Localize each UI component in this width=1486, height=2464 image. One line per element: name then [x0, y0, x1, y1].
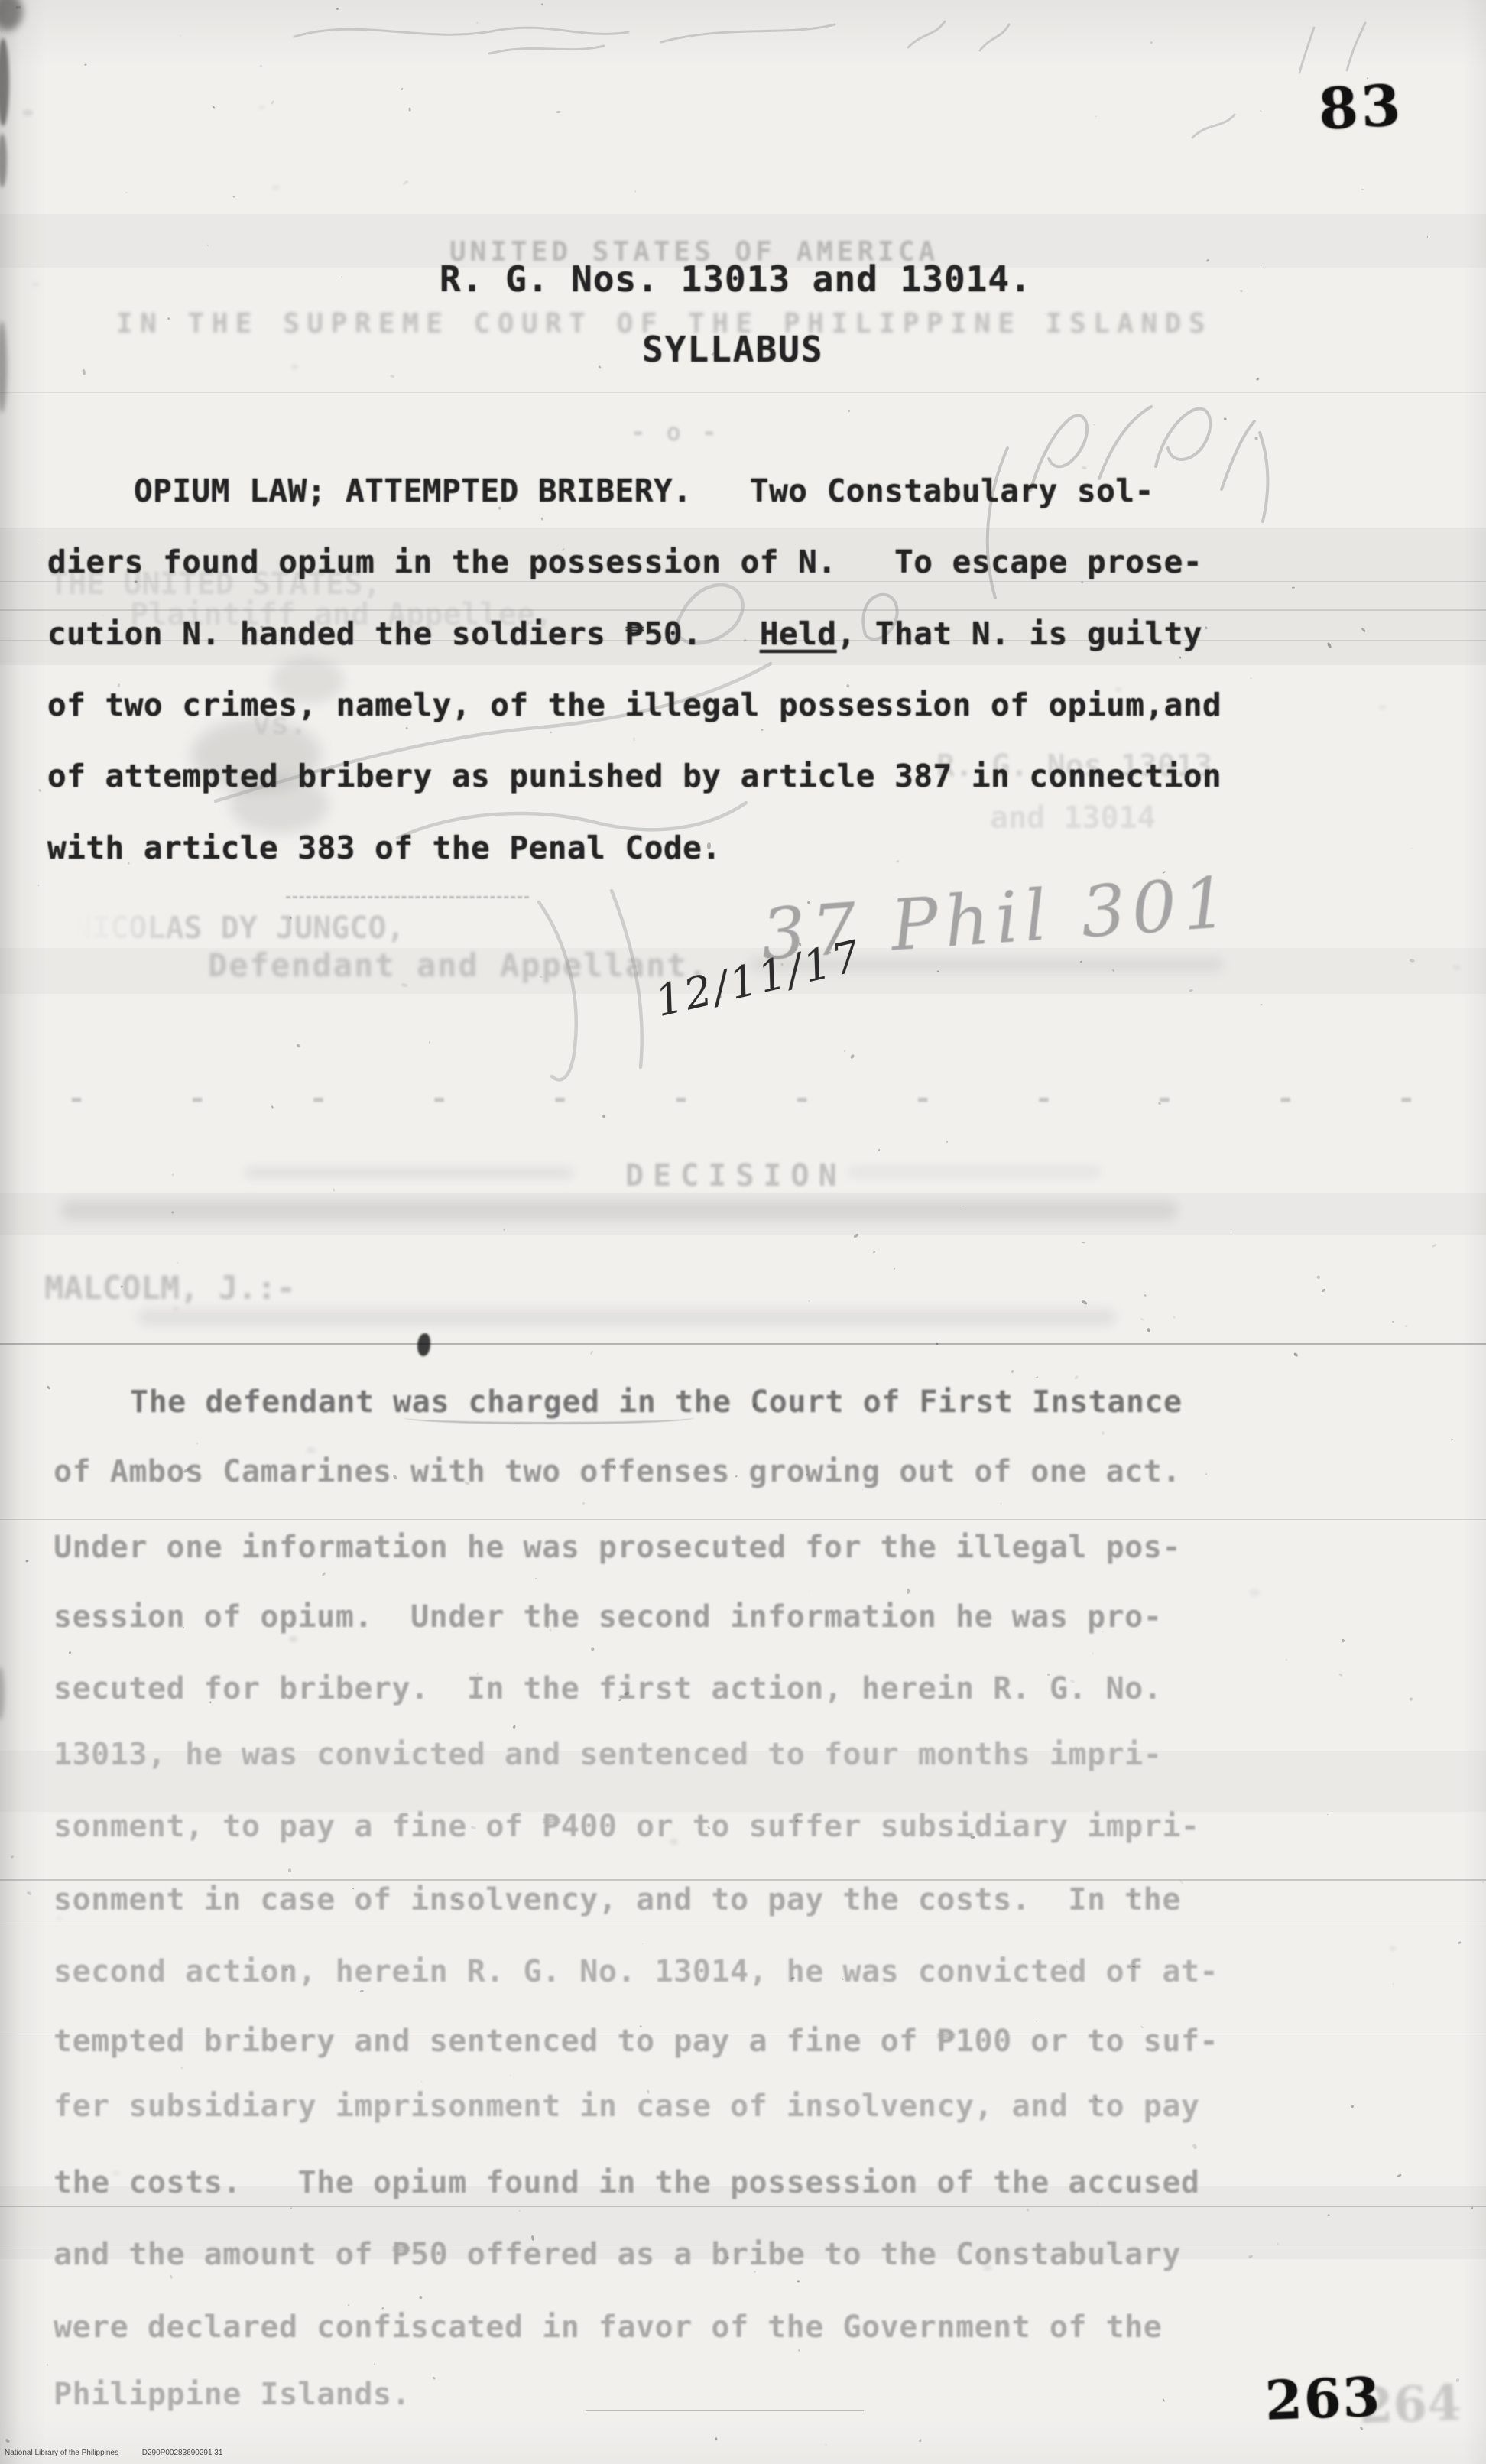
edge-artifact [0, 0, 23, 31]
scanline-artifact [0, 1343, 1486, 1345]
ghost-smudge [245, 1167, 573, 1179]
short-line-artifact [586, 2410, 864, 2411]
edge-artifact [0, 321, 7, 413]
library-footer: National Library of the Philippines D290… [5, 2449, 222, 2457]
held-underlined: Held [760, 615, 837, 652]
syllabus-line: with article 383 of the Penal Code. [47, 831, 721, 865]
body-line: secuted for bribery. In the first action… [54, 1672, 1162, 1706]
ink-blot [417, 1333, 430, 1356]
library-name: National Library of the Philippines [5, 2449, 118, 2457]
body-line: tempted bribery and sentenced to pay a f… [54, 2024, 1218, 2058]
ghost-case-number-2: and 13014 [990, 801, 1156, 835]
ghost-smudge [61, 1200, 1177, 1220]
dashed-separator: - - - - - - - - - - - - [67, 1082, 1416, 1115]
case-number-heading: R. G. Nos. 13013 and 13014. [440, 260, 1032, 299]
scanned-document-page: UNITED STATES OF AMERICA IN THE SUPREME … [0, 0, 1486, 2464]
edge-artifact [0, 1667, 5, 1720]
scanline-artifact [0, 1923, 1486, 1923]
ghost-judge-name: MALCOLM, J.:- [44, 1271, 296, 1306]
syllabus-line: of attempted bribery as punished by arti… [47, 759, 1222, 794]
edge-artifact [0, 38, 9, 126]
ghost-defendant-role: Defendant and Appellant. [208, 948, 709, 983]
syllabus-line-part: , That N. is guilty [837, 615, 1203, 652]
body-line: the costs. The opium found in the posses… [54, 2166, 1200, 2199]
body-line: and the amount of ₱50 offered as a bribe… [54, 2238, 1181, 2271]
scanline-artifact [0, 1879, 1486, 1881]
body-line: The defendant was charged in the Court o… [130, 1385, 1183, 1419]
syllabus-title: SYLLABUS [642, 330, 824, 369]
pencil-date: 12/11/17 [651, 931, 867, 1027]
ghost-dashed-rule [286, 896, 529, 898]
ghost-ornament: - o - [631, 419, 719, 446]
ghost-decision-heading: DECISION [625, 1159, 846, 1193]
scanline-artifact [0, 1519, 1486, 1520]
syllabus-line-part: cution N. handed the soldiers ₱50. [47, 615, 760, 652]
folio-stamp: 83 [1317, 73, 1405, 143]
body-line: 13013, he was convicted and sentenced to… [54, 1738, 1162, 1771]
ghost-smudge [848, 1167, 1101, 1177]
syllabus-line: diers found opium in the possession of N… [47, 545, 1202, 579]
body-line: sonment, to pay a fine of ₱400 or to suf… [54, 1810, 1200, 1843]
edge-artifact [0, 134, 7, 187]
ghost-defendant: NICOLAS DY JUNGCO, [73, 911, 404, 945]
syllabus-line: of two crimes, namely, of the illegal po… [47, 688, 1222, 722]
body-line: fer subsidiary imprisonment in case of i… [54, 2089, 1200, 2123]
body-line: were declared confiscated in favor of th… [54, 2310, 1162, 2344]
ghost-smudge [138, 1309, 1116, 1326]
page-number-stamp: 263 [1264, 2365, 1383, 2432]
syllabus-line: OPIUM LAW; ATTEMPTED BRIBERY. Two Consta… [134, 474, 1154, 508]
body-line: second action, herein R. G. No. 13014, h… [54, 1955, 1218, 1988]
scanline-artifact [0, 392, 1486, 393]
body-line: Under one information he was prosecuted … [54, 1531, 1181, 1564]
syllabus-line: cution N. handed the soldiers ₱50. Held,… [47, 617, 1202, 651]
body-line: session of opium. Under the second infor… [54, 1600, 1162, 1634]
body-line: sonment in case of insolvency, and to pa… [54, 1883, 1181, 1917]
library-code: D290P00283690291 31 [142, 2449, 223, 2457]
scan-band [0, 1193, 1486, 1235]
scanline-artifact [0, 2206, 1486, 2207]
body-line: of Ambos Camarines with two offenses gro… [54, 1455, 1181, 1488]
body-line: Philippine Islands. [54, 2378, 410, 2411]
